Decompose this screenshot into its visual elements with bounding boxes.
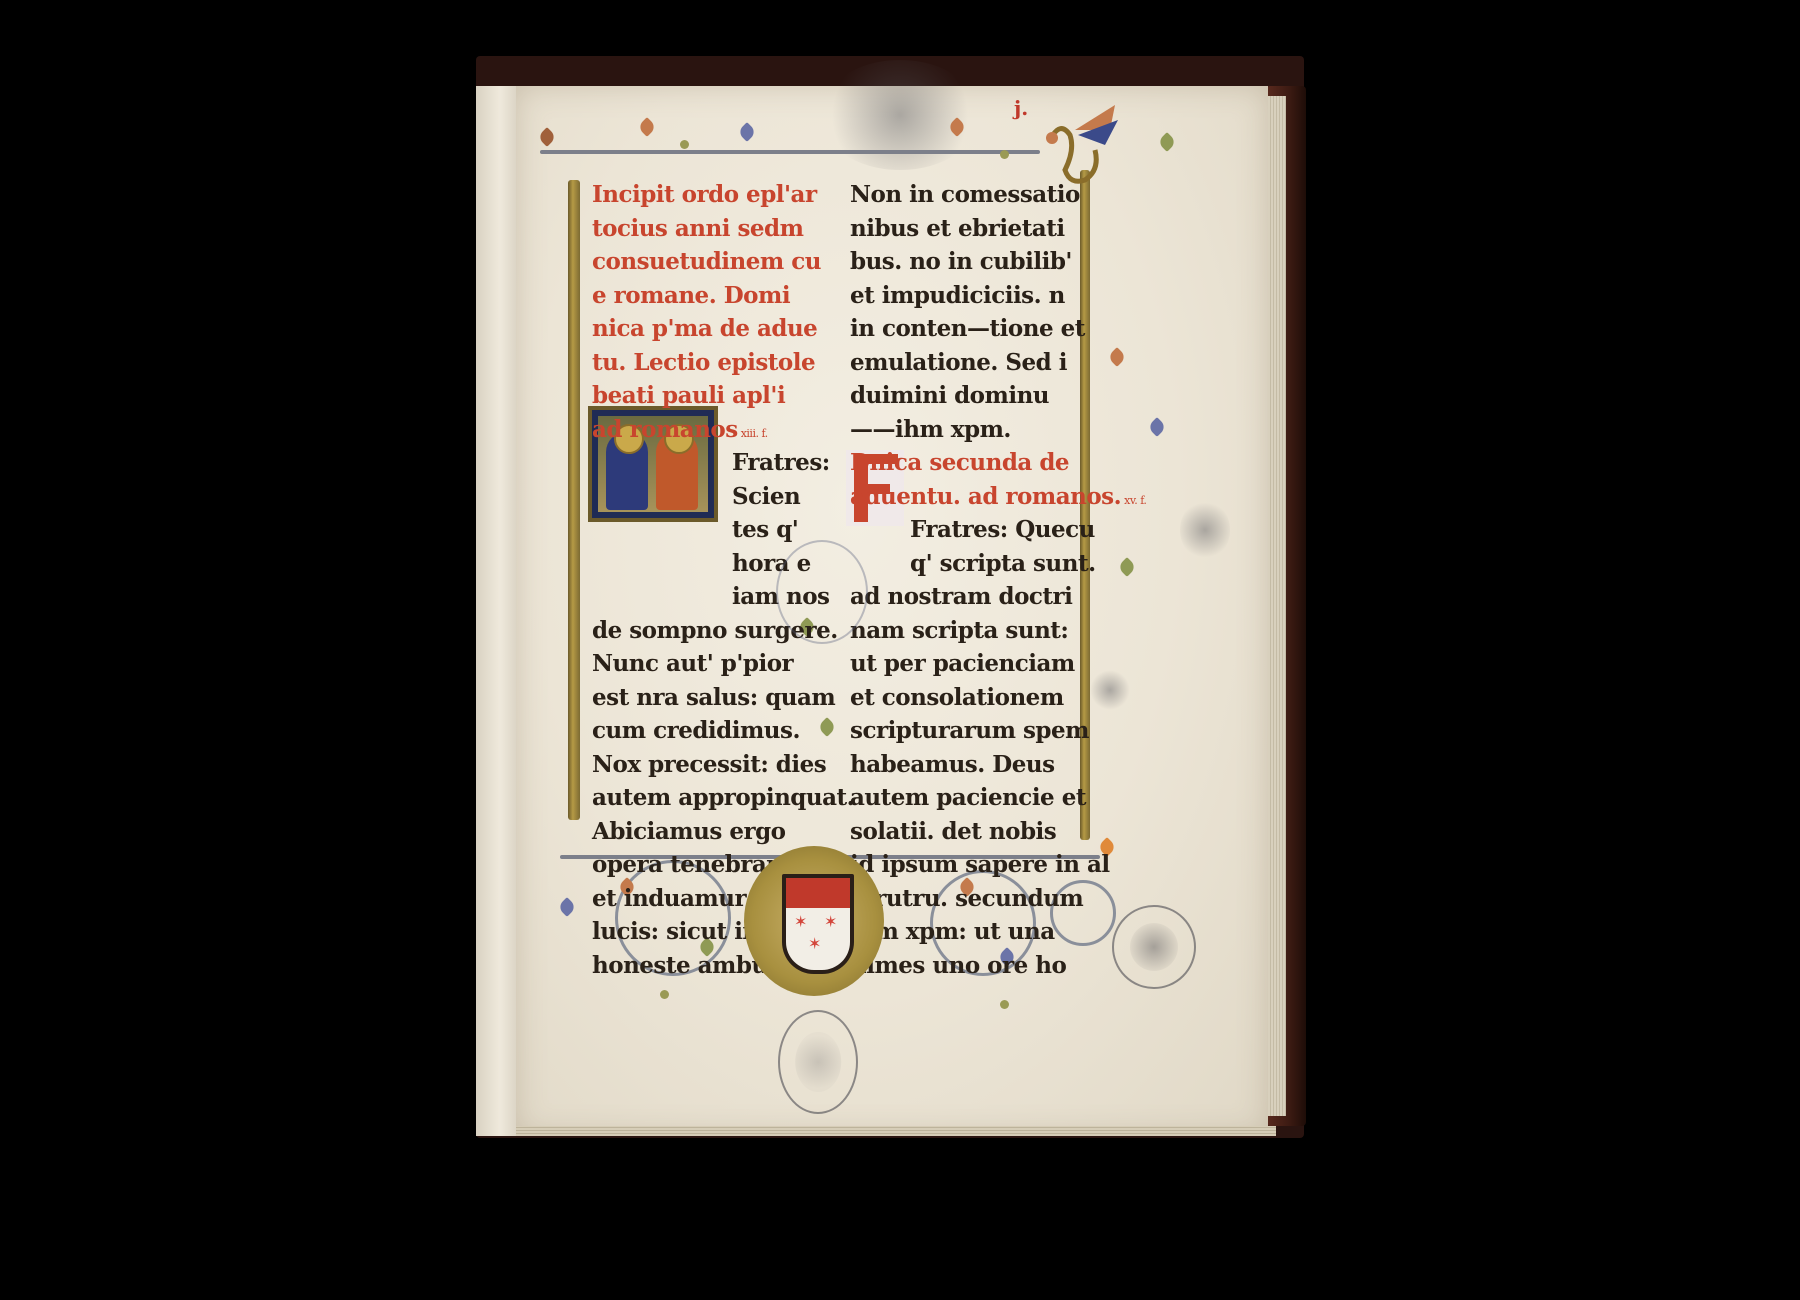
text-line: Fratres: Quecu xyxy=(850,513,1146,547)
text-line: et impudiciciis. n xyxy=(850,279,1146,313)
text-line: ut per pacienciam xyxy=(850,647,1146,681)
text-line: autem paciencie et xyxy=(850,781,1146,815)
text-line: Dnica secunda de xyxy=(850,446,1146,480)
gold-berry xyxy=(1000,1000,1009,1009)
text-line: nibus et ebrietati xyxy=(850,212,1146,246)
text-line: nimes uno ore ho xyxy=(850,949,1146,983)
text-line: nam scripta sunt: xyxy=(850,614,1146,648)
text-line: Scien xyxy=(592,480,854,514)
text-line: bus. no in cubilib' xyxy=(850,245,1146,279)
text-line: ad nostram doctri xyxy=(850,580,1146,614)
text-line: nica p'ma de adue xyxy=(592,312,854,346)
text-line: ihm xpm: ut una xyxy=(850,915,1146,949)
text-line: consuetudinem cu xyxy=(592,245,854,279)
top-vine-bar xyxy=(540,150,1040,154)
text-line: ——ihm xpm. xyxy=(850,413,1146,447)
text-column-right: Non in comessatio nibus et ebrietati bus… xyxy=(850,178,1146,982)
page-fore-edge xyxy=(1268,96,1286,1116)
text-line: emulatione. Sed i xyxy=(850,346,1146,380)
text-line: id ipsum sapere in al xyxy=(850,848,1146,882)
library-stamp-center xyxy=(776,540,868,644)
library-stamp-bottom xyxy=(778,1010,858,1114)
text-line: in conten—tione et xyxy=(850,312,1146,346)
gold-berry xyxy=(680,140,689,149)
gold-berry xyxy=(660,990,669,999)
library-stamp-bibliotheque-nation xyxy=(1112,905,1196,989)
star-icon: ✶ xyxy=(824,914,837,930)
text-line: tocius anni sedm xyxy=(592,212,854,246)
folio-number: j. xyxy=(1014,96,1028,120)
text-line: Incipit ordo epl'ar xyxy=(592,178,854,212)
text-line: ad romanos xyxy=(592,416,738,443)
text-line: Nunc aut' p'pior xyxy=(592,647,854,681)
text-line: Nox precessit: dies xyxy=(592,748,854,782)
text-line: q' scripta sunt. xyxy=(850,547,1146,581)
text-line: beati pauli apl'i xyxy=(592,379,854,413)
stain xyxy=(1180,500,1230,560)
text-line: Abiciamus ergo xyxy=(592,815,854,849)
text-line: solatii. det nobis xyxy=(850,815,1146,849)
text-line: tu. Lectio epistole xyxy=(592,346,854,380)
text-line: et consolationem xyxy=(850,681,1146,715)
text-line: Non in comessatio xyxy=(850,178,1146,212)
text-line: scripturarum spem xyxy=(850,714,1146,748)
text-line: cum credidimus. xyxy=(592,714,854,748)
page-bottom-edge xyxy=(516,1126,1276,1136)
text-line: e romane. Domi xyxy=(592,279,854,313)
gold-berry xyxy=(1000,150,1009,159)
text-line: autem appropinquat. xyxy=(592,781,854,815)
text-line: Fratres: xyxy=(592,446,854,480)
dragon-grotesque-icon xyxy=(1040,100,1120,190)
heraldic-shield: ✶ ✶ ✶ xyxy=(782,874,854,974)
margin-note: xv. f. xyxy=(1124,494,1146,507)
text-line: aduentu. ad romanos. xyxy=(850,483,1121,510)
star-icon: ✶ xyxy=(794,914,807,930)
text-line: terutru. secundum xyxy=(850,882,1146,916)
coat-of-arms-quatrefoil: ✶ ✶ ✶ xyxy=(744,846,884,996)
gutter-flyleaf xyxy=(476,86,517,1136)
left-border-bar xyxy=(568,180,580,820)
margin-note: xiii. f. xyxy=(741,427,768,440)
text-line: est nra salus: quam xyxy=(592,681,854,715)
text-line: duimini dominu xyxy=(850,379,1146,413)
star-icon: ✶ xyxy=(808,936,821,952)
text-line: habeamus. Deus xyxy=(850,748,1146,782)
